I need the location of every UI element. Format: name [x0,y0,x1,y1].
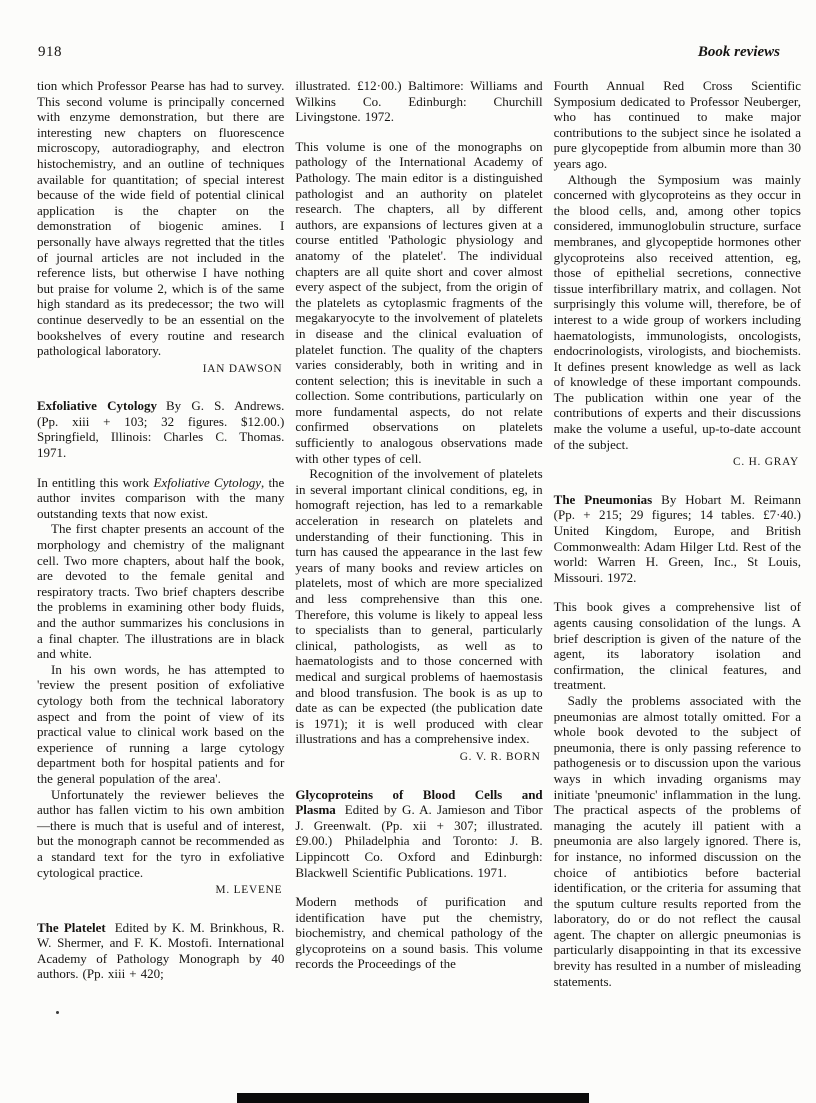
book-title: Exfoliative Cytology [37,398,157,413]
scan-artifact-bar [237,1093,589,1103]
running-title: Book reviews [698,44,780,61]
review-paragraph: Unfortunately the reviewer believes the … [37,787,284,881]
column-3: Fourth Annual Red Cross Scientific Sympo… [554,78,801,989]
review-paragraph: In his own words, he has attempted to 'r… [37,662,284,787]
reviewer-signature: IAN DAWSON [37,362,282,378]
text-columns: tion which Professor Pearse has had to s… [0,61,816,989]
book-bibliography-continued: illustrated. £12·00.) Baltimore: William… [295,78,542,125]
review-paragraph: Modern methods of purification and ident… [295,894,542,972]
review-paragraph: This volume is one of the monographs on … [295,139,542,466]
reviewer-signature: M. LEVENE [37,883,282,899]
book-heading: The PneumoniasBy Hobart M. Reimann (Pp. … [554,492,801,586]
column-2: illustrated. £12·00.) Baltimore: William… [295,78,542,989]
column-1: tion which Professor Pearse has had to s… [37,78,284,989]
scan-speck [56,1011,59,1014]
book-title: The Platelet [37,920,106,935]
review-paragraph-continued: Fourth Annual Red Cross Scientific Sympo… [554,78,801,172]
review-paragraph: Sadly the problems associated with the p… [554,693,801,989]
italic-book-title: Exfoliative Cytology [154,475,261,490]
page-number: 918 [38,44,62,61]
text-segment: In entitling this work [37,475,154,490]
book-heading: Glycoproteins of Blood Cells and PlasmaE… [295,787,542,881]
page-header: 918 Book reviews [0,0,816,61]
reviewer-signature: C. H. GRAY [554,455,799,471]
review-paragraph: tion which Professor Pearse has had to s… [37,78,284,359]
book-title: The Pneumonias [554,492,653,507]
review-paragraph: This book gives a comprehensive list of … [554,599,801,693]
journal-page: 918 Book reviews tion which Professor Pe… [0,0,816,1103]
review-paragraph: The first chapter presents an account of… [37,521,284,661]
book-heading: Exfoliative CytologyBy G. S. Andrews. (P… [37,398,284,460]
review-paragraph: Although the Symposium was mainly concer… [554,172,801,453]
review-paragraph: Recognition of the involvement of platel… [295,466,542,747]
reviewer-signature: G. V. R. BORN [295,750,540,766]
book-heading: The PlateletEdited by K. M. Brinkhous, R… [37,920,284,982]
review-paragraph: In entitling this work Exfoliative Cytol… [37,475,284,522]
